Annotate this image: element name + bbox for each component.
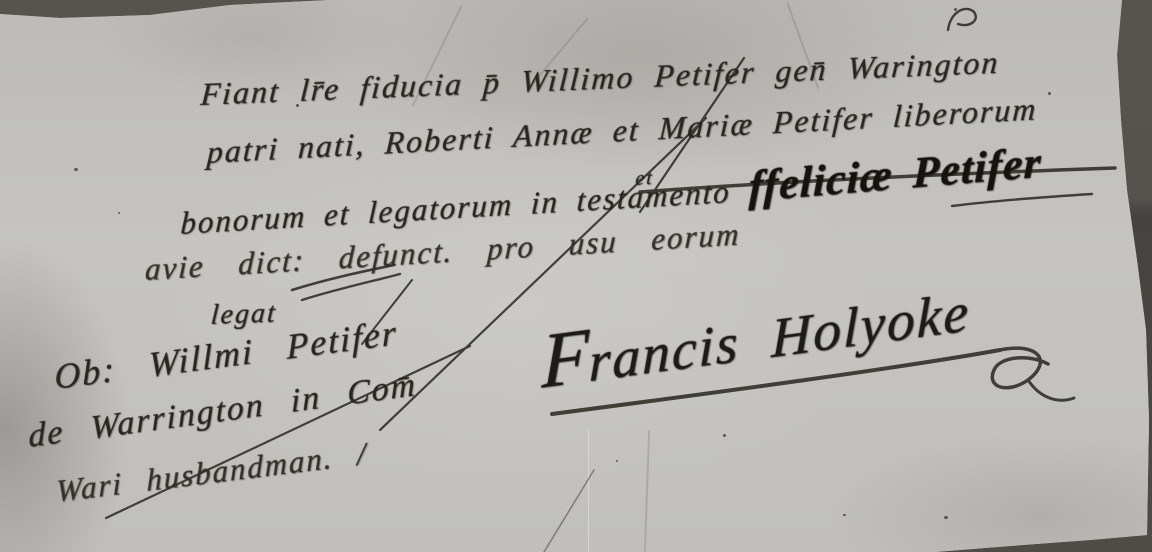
ink-speck <box>723 434 726 437</box>
ink-speck <box>954 8 957 11</box>
manuscript-marginal-legat: legat <box>210 298 278 332</box>
ink-speck <box>118 212 120 214</box>
paper-scratch <box>588 430 589 552</box>
ink-speck <box>74 168 78 171</box>
ink-speck <box>1048 92 1051 95</box>
manuscript-scan: Fiant lr̄e fiducia p̄ Willimo Petifer ge… <box>0 0 1152 552</box>
ink-speck <box>944 516 948 519</box>
ink-speck <box>843 514 846 516</box>
ink-speck <box>616 460 618 462</box>
manuscript-inserted-word: et <box>635 167 655 191</box>
